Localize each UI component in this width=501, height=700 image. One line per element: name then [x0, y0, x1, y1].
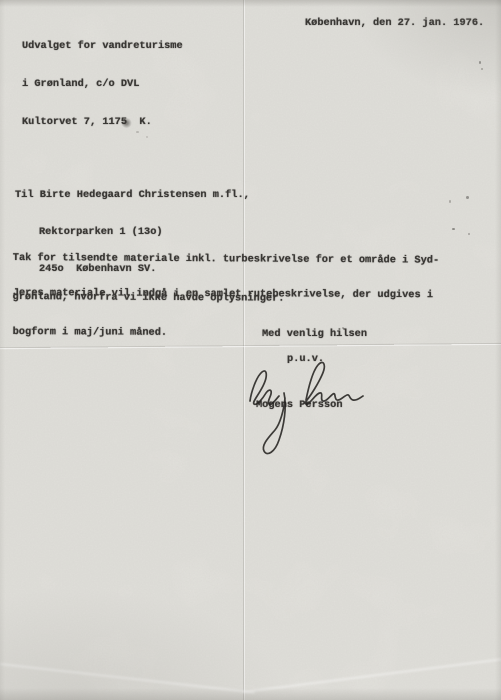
body-line: Jeres materiale vil indgå i en samlet ru… — [13, 287, 433, 302]
paper-speck — [481, 68, 483, 70]
paper-speck — [452, 228, 455, 230]
body-paragraph-2: Jeres materiale vil indgå i en samlet ru… — [12, 261, 433, 367]
sender-line: Kultorvet 7, 1175 K. — [22, 116, 183, 129]
sender-address-block: Udvalget for vandreturisme i Grønland, c… — [22, 15, 183, 154]
body-line: bogform i maj/juni måned. — [13, 326, 433, 341]
closing-salutation: Med venlig hilsen — [262, 328, 367, 341]
paper-speck — [449, 200, 451, 203]
paper-speck — [479, 61, 481, 64]
signer-typed-name: Mogens Persson — [256, 399, 343, 412]
scanned-letter-page: Udvalget for vandreturisme i Grønland, c… — [0, 0, 501, 700]
sender-line: Udvalget for vandreturisme — [22, 40, 183, 53]
sender-line: i Grønland, c/o DVL — [22, 78, 183, 91]
per-procura-abbreviation: p.u.v. — [287, 353, 324, 366]
bottom-crease-right — [243, 658, 501, 693]
paper-speck — [466, 196, 469, 199]
bottom-crease-left — [0, 663, 255, 694]
paper-speck — [468, 233, 470, 235]
recipient-line: Til Birte Hedegaard Christensen m.fl., — [15, 189, 250, 201]
dateline: København, den 27. jan. 1976. — [305, 17, 484, 30]
